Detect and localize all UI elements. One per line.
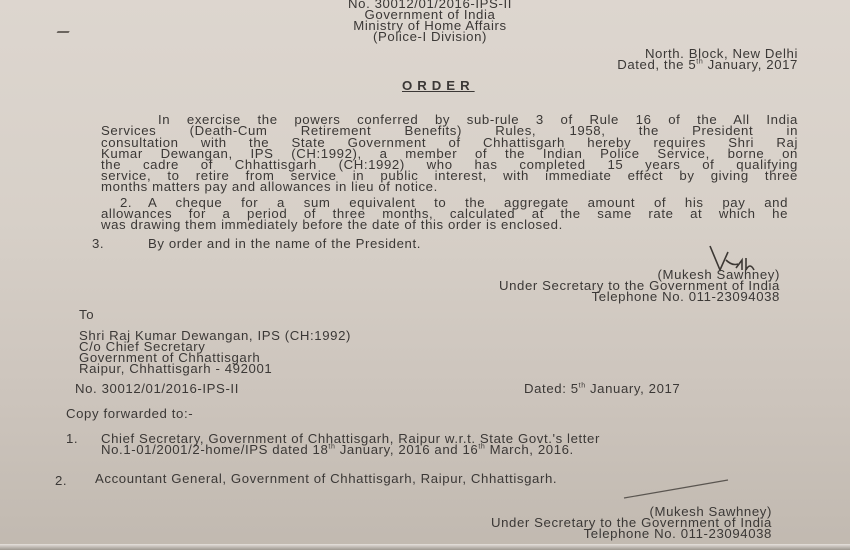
copy-item-2-line-1: Accountant General, Government of Chhatt… xyxy=(95,472,557,485)
header-date: Dated, the 5th January, 2017 xyxy=(540,58,798,71)
copy-item-1-line-2: No.1-01/2001/2-home/IPS dated 18th Janua… xyxy=(101,443,574,456)
signatory-1-telephone: Telephone No. 011-23094038 xyxy=(500,290,780,303)
addressee-line-4: Raipur, Chhattisgarh - 492001 xyxy=(79,362,272,375)
signatory-2-telephone: Telephone No. 011-23094038 xyxy=(500,527,772,540)
para1-line-7: months matters pay and allowances in lie… xyxy=(101,180,438,193)
para3-text: By order and in the name of the Presiden… xyxy=(148,237,421,250)
to-label: To xyxy=(79,308,94,321)
header-division: (Police-I Division) xyxy=(330,30,530,43)
para3-number: 3. xyxy=(92,237,104,250)
copy-forwarded-label: Copy forwarded to:- xyxy=(66,407,193,420)
signature-mark-2 xyxy=(622,476,732,500)
copy-file-no: No. 30012/01/2016-IPS-II xyxy=(75,382,239,395)
para2-line-3: was drawing them immediately before the … xyxy=(101,218,563,231)
copy-date: Dated: 5th January, 2017 xyxy=(524,382,680,395)
stray-pen-mark xyxy=(57,28,72,33)
order-title: ORDER xyxy=(402,79,475,92)
copy-item-1-number: 1. xyxy=(66,432,78,445)
copy-item-2-number: 2. xyxy=(55,474,67,487)
paper-bottom-edge xyxy=(0,544,850,550)
